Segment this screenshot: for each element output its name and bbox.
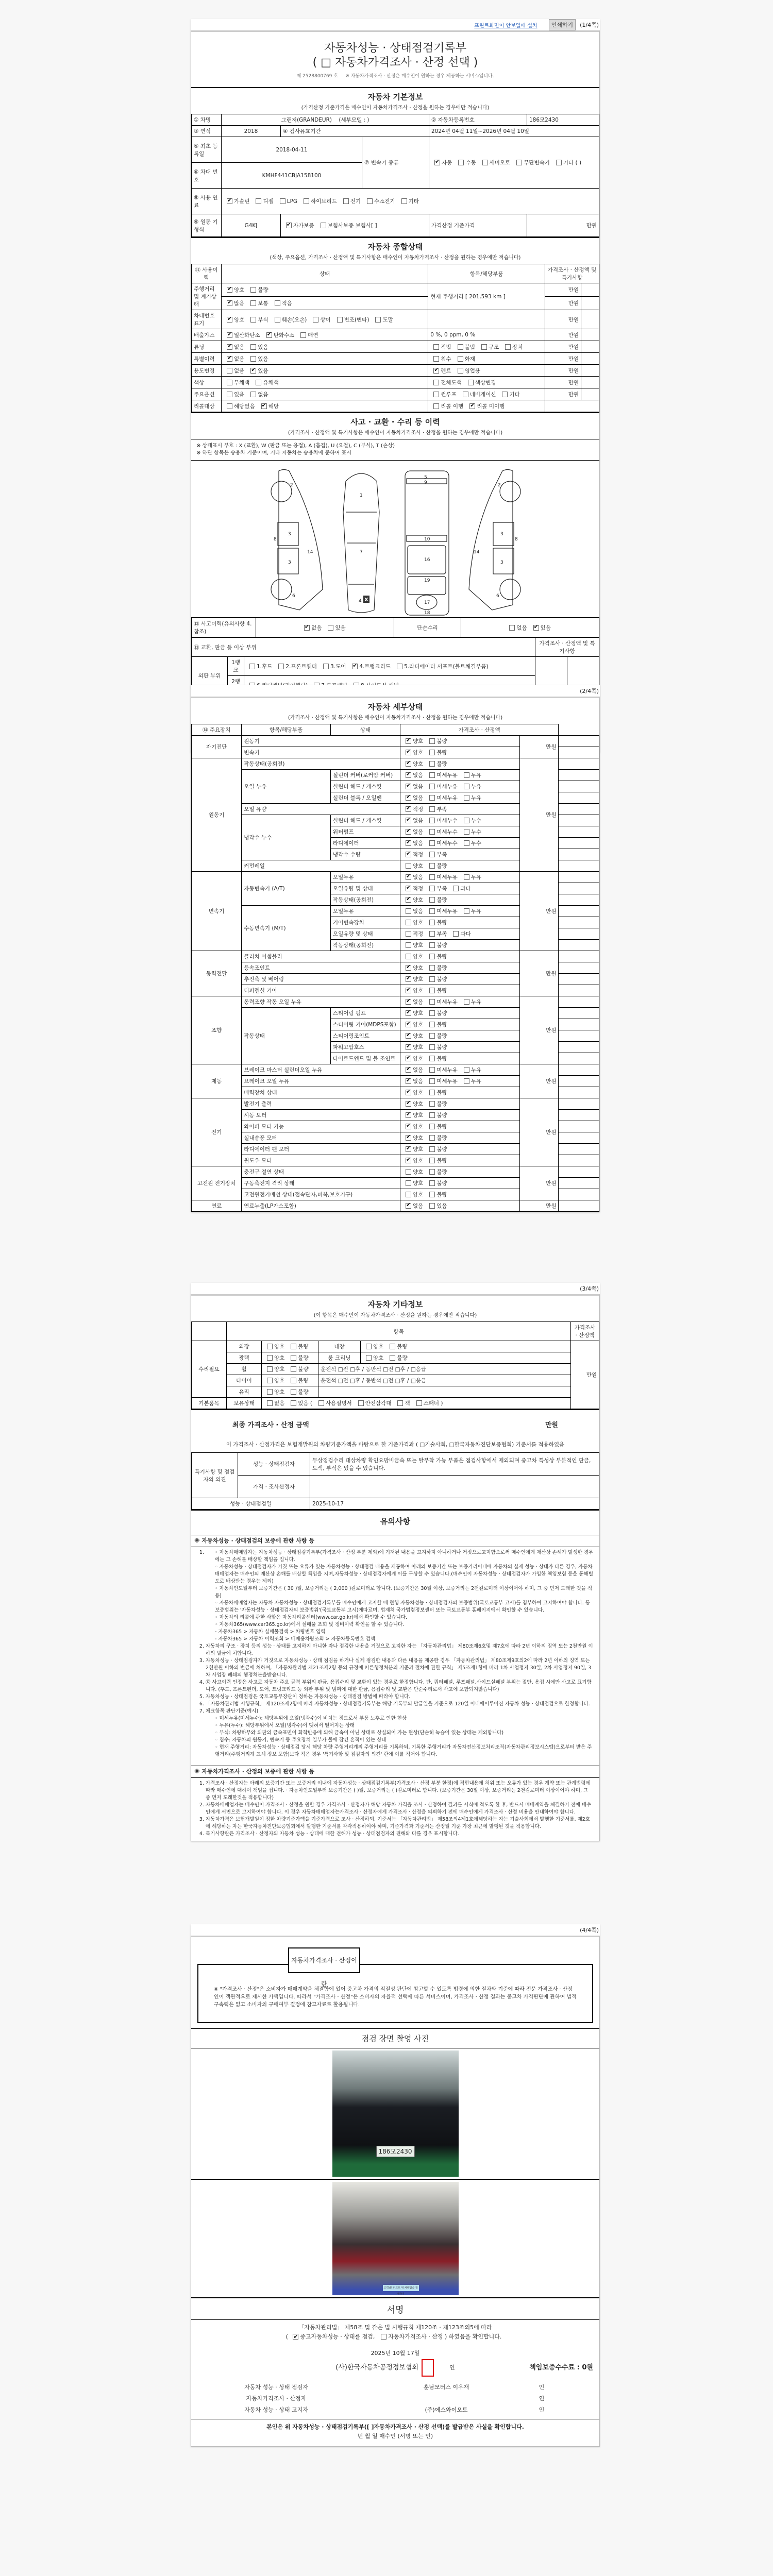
checkbox-label: 안전삼각대	[365, 1400, 392, 1406]
checkbox[interactable]	[429, 795, 435, 801]
checkbox[interactable]	[406, 908, 411, 914]
checkbox-label: 누수	[471, 818, 481, 824]
checkbox[interactable]	[429, 1124, 435, 1129]
checkbox[interactable]	[291, 1366, 296, 1372]
label-inspector-opinion: 성능 · 상태점검자	[238, 1453, 310, 1476]
checkbox-label: 없음	[413, 772, 423, 778]
note-bullet: 부식: 차량하부와 외판의 금속표면이 화학반응에 의해 금속이 아닌 상태로 …	[215, 1730, 594, 1737]
checkbox[interactable]	[406, 1180, 411, 1186]
checkbox[interactable]	[458, 160, 464, 165]
checkbox-label: 양호	[413, 920, 423, 926]
checkbox[interactable]	[453, 931, 459, 937]
submodel: (세부모델 : )	[339, 117, 369, 123]
checkbox[interactable]	[250, 317, 256, 323]
item-label: 룸 크리닝	[318, 1352, 361, 1364]
basic-info-title: 자동차 기본정보	[191, 87, 599, 103]
checkbox[interactable]	[227, 300, 232, 306]
checkbox[interactable]	[406, 1158, 411, 1163]
checkbox[interactable]	[406, 772, 411, 778]
checkbox-label: 누유	[471, 874, 481, 880]
table-row: 리콜대상해당없음해당리콜 이행리콜 미이행	[192, 400, 599, 412]
item-label: 오일 유량	[242, 804, 400, 815]
device-group: 고전원 전기장치	[192, 1166, 242, 1200]
checkbox[interactable]	[406, 1067, 411, 1073]
checkbox[interactable]	[429, 840, 435, 846]
checkbox[interactable]	[343, 198, 349, 204]
basic-items-label: 기본품목	[192, 1398, 227, 1409]
checkbox[interactable]	[397, 664, 402, 669]
checkbox[interactable]	[429, 1180, 435, 1186]
checkbox[interactable]	[406, 738, 411, 744]
checkbox-label: 전체도색	[441, 380, 462, 386]
checkbox[interactable]	[429, 750, 435, 755]
checkbox[interactable]	[429, 852, 435, 857]
checkbox[interactable]	[406, 1056, 411, 1061]
checkbox[interactable]	[286, 223, 292, 228]
row-label: 특별이력	[192, 353, 222, 365]
checkbox[interactable]	[261, 403, 267, 409]
print-button[interactable]: 인쇄하기	[549, 19, 576, 30]
checkbox-label: 양호	[413, 1010, 423, 1016]
checkbox[interactable]	[481, 344, 487, 350]
sub-item-label: 워터펌프	[330, 826, 400, 838]
checkbox[interactable]	[429, 1203, 435, 1209]
checkbox-label: 있음	[258, 368, 268, 374]
checkbox[interactable]	[227, 198, 232, 204]
checkbox[interactable]	[227, 332, 232, 338]
checkbox[interactable]	[291, 1344, 296, 1349]
checkbox[interactable]	[267, 1389, 273, 1395]
checkbox-label: 양호	[413, 1124, 423, 1130]
checkbox[interactable]	[227, 344, 232, 350]
checkbox[interactable]	[406, 1112, 411, 1118]
checkbox[interactable]	[406, 897, 411, 903]
checkbox[interactable]	[250, 356, 256, 362]
checkbox-label: 불량	[436, 897, 447, 903]
checkbox[interactable]	[533, 625, 539, 631]
checkbox[interactable]	[516, 160, 522, 165]
checkbox-label: 리콜 이행	[441, 403, 463, 410]
label-year: ③ 연식	[192, 126, 222, 137]
checkbox[interactable]	[469, 403, 475, 409]
checkbox[interactable]	[429, 772, 435, 778]
checkbox-label: 해당없음	[234, 403, 255, 410]
checkbox[interactable]	[429, 829, 435, 835]
checkbox[interactable]	[390, 1355, 395, 1361]
sub-item-label: 오일유량 및 상태	[330, 928, 400, 940]
checkbox[interactable]	[291, 1400, 296, 1406]
checkbox-label: 불량	[436, 750, 447, 756]
table-row: 연료연료누출(LP가스포함)없음있음만원	[192, 1200, 599, 1212]
item-label: 브레이크 오일 누유	[242, 1076, 400, 1087]
checkbox[interactable]	[366, 1344, 372, 1349]
checkbox-label: 없음	[413, 1067, 423, 1073]
checkbox-label: 불량	[397, 1344, 407, 1350]
checkbox[interactable]	[227, 403, 232, 409]
checkbox[interactable]	[429, 1169, 435, 1175]
checkbox[interactable]	[429, 784, 435, 789]
checkbox[interactable]	[429, 761, 435, 767]
checkbox-label: 양호	[413, 1090, 423, 1096]
checkbox[interactable]	[406, 750, 411, 755]
checkbox[interactable]	[429, 1135, 435, 1141]
checkbox-label: 미세누유	[436, 999, 458, 1005]
checkbox[interactable]	[429, 1010, 435, 1016]
notes-heading-inspection: ※ 자동차성능 · 상태점검의 보증에 관한 사항 등	[191, 1535, 599, 1547]
checkbox[interactable]	[429, 1112, 435, 1118]
checkbox[interactable]	[429, 874, 435, 880]
checkbox[interactable]	[429, 1101, 435, 1107]
checkbox[interactable]	[227, 356, 232, 362]
checkbox[interactable]	[275, 300, 280, 306]
checkbox[interactable]	[406, 1101, 411, 1107]
checkbox[interactable]	[406, 1169, 411, 1175]
checkbox-label: 장치	[512, 344, 523, 350]
checkbox[interactable]	[429, 886, 435, 891]
label-vin: ⑥ 차대 번호	[192, 163, 222, 189]
base-price-unit: 만원	[527, 214, 599, 237]
checkbox[interactable]	[390, 1344, 395, 1349]
checkbox[interactable]	[429, 897, 435, 903]
checkbox[interactable]	[434, 160, 440, 165]
sub-item-label: 스티어링조인트	[330, 1030, 400, 1042]
checkbox[interactable]	[406, 931, 411, 937]
checkbox[interactable]	[250, 392, 256, 397]
svg-text:7: 7	[360, 550, 363, 555]
column-header: 가격조사 · 산정액	[400, 724, 559, 736]
legend-note: ※ 하단 항목은 승용차 기준이며, 기타 자동차는 승용차에 준하여 표시	[196, 450, 594, 457]
note-bullet: 자동차매매업자는 자동차 자동차성능 · 상태점검기록부를 매수인에게 고지할 …	[215, 1600, 594, 1614]
checkbox-label: 양호	[274, 1366, 284, 1372]
column-header: 항목	[227, 1322, 571, 1341]
checkbox[interactable]	[250, 287, 256, 293]
item-label: 오일 누유	[242, 770, 331, 804]
checkbox[interactable]	[358, 1400, 364, 1406]
checkbox[interactable]	[267, 1344, 273, 1349]
checkbox[interactable]	[406, 1146, 411, 1152]
checkbox-label: 없음	[234, 356, 244, 362]
row-label: 배출가스	[192, 329, 222, 341]
checkbox[interactable]	[278, 664, 284, 669]
checkbox[interactable]	[227, 392, 232, 397]
checkbox[interactable]	[429, 1044, 435, 1050]
checkbox[interactable]	[406, 965, 411, 971]
checkbox[interactable]	[406, 795, 411, 801]
checkbox[interactable]	[406, 863, 411, 869]
checkbox[interactable]	[463, 392, 468, 397]
checkbox[interactable]	[429, 920, 435, 925]
checkbox-label: 자동차가격조사 · 산정 ) 하였음을 확인합니다.	[388, 2333, 501, 2340]
sub-item-label: 스티어링 기어(MDPS포함)	[330, 1019, 400, 1030]
checkbox[interactable]	[406, 1135, 411, 1141]
checkbox[interactable]	[429, 1078, 435, 1084]
checkbox[interactable]	[429, 976, 435, 982]
checkbox[interactable]	[300, 332, 306, 338]
checkbox-label: 적정	[413, 852, 423, 858]
checkbox[interactable]	[321, 223, 326, 228]
checkbox-label: 미세누유	[436, 795, 458, 801]
checkbox-label: 미세누수	[436, 840, 458, 846]
checkbox[interactable]	[313, 317, 318, 323]
checkbox[interactable]	[291, 1389, 296, 1395]
checkbox-label: 양호	[413, 863, 423, 869]
checkbox[interactable]	[464, 784, 469, 789]
item-label: 수동변속기 (M/T)	[242, 906, 331, 951]
checkbox-label: 불량	[436, 738, 447, 744]
checkbox[interactable]	[291, 1378, 296, 1383]
other-info-note: (이 항목은 매수인이 자동차가격조사 · 산정을 원하는 경우에만 적습니다)	[191, 1311, 599, 1321]
checkbox[interactable]	[433, 380, 439, 385]
checkbox-label: 상이	[320, 317, 330, 323]
checkbox[interactable]	[464, 874, 469, 880]
signer-list: 자동차 성능 · 상태 점검자훈남모터스 이우재인자동차가격조사 · 산정자인자…	[191, 2382, 599, 2416]
checkbox[interactable]	[406, 806, 411, 812]
checkbox[interactable]	[464, 1067, 469, 1073]
checkbox[interactable]	[381, 2334, 386, 2340]
checkbox-label: 누유	[471, 1078, 481, 1084]
checkbox[interactable]	[458, 344, 463, 350]
signer-role: 자동차 성능 · 상태 고지자	[191, 2405, 361, 2415]
checkbox[interactable]	[406, 1022, 411, 1027]
checkbox[interactable]	[464, 818, 469, 823]
checkbox-label: 양호	[413, 897, 423, 903]
checkbox-label: 불량	[298, 1366, 308, 1372]
checkbox[interactable]	[318, 1400, 324, 1406]
checkbox[interactable]	[433, 392, 439, 397]
checkbox[interactable]	[429, 931, 435, 937]
checkbox[interactable]	[406, 999, 411, 1005]
note-item: 「자동차관리법 시행규칙」 제120조제2항에 따라 자동차성능 · 상태점검기…	[206, 1701, 594, 1708]
checkbox[interactable]	[406, 1192, 411, 1197]
checkbox[interactable]	[406, 874, 411, 880]
page-toolbar: 프린트화면이 안보일때 설치 인쇄하기 (1/4쪽)	[191, 19, 600, 30]
checkbox[interactable]	[375, 317, 381, 323]
checkbox[interactable]	[429, 1022, 435, 1027]
checkbox[interactable]	[429, 954, 435, 959]
checkbox-label: 양호	[413, 954, 423, 960]
checkbox[interactable]	[429, 1146, 435, 1152]
checkbox[interactable]	[267, 1355, 273, 1361]
checkbox[interactable]	[304, 198, 309, 204]
checkbox[interactable]	[406, 1078, 411, 1084]
table-row: 제동브레이크 마스터 실린더오일 누유없음미세누유누유만원	[192, 1064, 599, 1076]
checkbox[interactable]	[406, 829, 411, 835]
checkbox-label: 침수	[441, 356, 451, 362]
checkbox[interactable]	[433, 403, 439, 409]
checkbox[interactable]	[250, 344, 256, 350]
checkbox[interactable]	[406, 920, 411, 925]
svg-text:3: 3	[500, 532, 503, 537]
item-label: 실내송풍 모터	[242, 1132, 400, 1144]
checkbox[interactable]	[458, 368, 463, 374]
checkbox[interactable]	[337, 317, 343, 323]
checkbox[interactable]	[429, 1192, 435, 1197]
checkbox[interactable]	[429, 738, 435, 744]
checkbox-label: 불량	[436, 1135, 447, 1141]
checkbox[interactable]	[367, 198, 373, 204]
checkbox[interactable]	[256, 380, 261, 385]
checkbox[interactable]	[505, 344, 511, 350]
checkbox[interactable]	[433, 368, 439, 374]
checkbox[interactable]	[406, 1090, 411, 1095]
svg-text:6: 6	[292, 594, 295, 599]
checkbox[interactable]	[429, 1067, 435, 1073]
checkbox[interactable]	[464, 840, 469, 846]
checkbox-label: 기타 ( )	[563, 160, 581, 166]
checkbox[interactable]	[406, 1033, 411, 1039]
checkbox[interactable]	[267, 1378, 273, 1383]
checkbox[interactable]	[280, 198, 285, 204]
checkbox[interactable]	[429, 1158, 435, 1163]
checkbox[interactable]	[429, 908, 435, 914]
checkbox-label: 누유	[471, 908, 481, 914]
checkbox-label: 기타	[409, 198, 419, 205]
checkbox[interactable]	[401, 198, 407, 204]
repair-needed-label: 수리필요	[192, 1341, 227, 1398]
checkbox[interactable]	[406, 976, 411, 982]
checkbox[interactable]	[502, 392, 508, 397]
checkbox[interactable]	[323, 664, 329, 669]
checkbox[interactable]	[406, 1124, 411, 1129]
note-bullet: 자동차인도일부터 보증기간은 ( 30 )일, 보증거리는 ( 2,000 )킬…	[215, 1585, 594, 1600]
checkbox[interactable]	[464, 829, 469, 835]
checkbox[interactable]	[464, 795, 469, 801]
checkbox[interactable]	[293, 2334, 298, 2340]
svg-text:10: 10	[424, 537, 430, 542]
checkbox-label: 불법	[465, 344, 475, 350]
checkbox-label: 미세누유	[436, 772, 458, 778]
checkbox[interactable]	[482, 160, 488, 165]
sub-item-label: 냉각수 수량	[330, 849, 400, 860]
label-inspection-validity: ④ 검사유효기간	[281, 126, 429, 137]
item-label: 시동 모터	[242, 1110, 400, 1121]
item-label: 배력장치 상태	[242, 1087, 400, 1098]
checkbox[interactable]	[416, 1400, 422, 1406]
sub-item-label: 실린더 커버(로커암 커버)	[330, 770, 400, 781]
page-2: (2/4쪽) 자동차 세부상태 (가격조사 · 산정액 및 특기사항은 매수인이…	[191, 685, 600, 1212]
checkbox[interactable]	[406, 942, 411, 948]
checkbox[interactable]	[328, 625, 333, 631]
checkbox[interactable]	[267, 1366, 273, 1372]
item-label: 내장	[318, 1341, 361, 1352]
checkbox[interactable]	[352, 664, 358, 669]
checkbox[interactable]	[429, 1056, 435, 1061]
checkbox-label: 양호	[413, 1146, 423, 1153]
checkbox[interactable]	[406, 761, 411, 767]
checkbox[interactable]	[433, 356, 439, 362]
label-opinion: 특기사항 및 점검자의 의견	[192, 1453, 238, 1498]
checkbox[interactable]	[266, 332, 272, 338]
checkbox[interactable]	[275, 317, 280, 323]
checkbox-label: 양호	[413, 988, 423, 994]
checkbox-label: 양호	[413, 1022, 423, 1028]
checkbox-label: 전기	[350, 198, 361, 205]
checkbox[interactable]	[397, 1400, 403, 1406]
car-name: 그랜저(GRANDEUR)	[281, 117, 332, 123]
checkbox[interactable]	[406, 784, 411, 789]
checkbox-label: 양호	[413, 942, 423, 948]
checkbox[interactable]	[304, 625, 310, 631]
checkbox[interactable]	[429, 999, 435, 1005]
checkbox[interactable]	[406, 1010, 411, 1016]
checkbox[interactable]	[429, 818, 435, 823]
checkbox[interactable]	[291, 1355, 296, 1361]
checkbox-label: 없음	[413, 1078, 423, 1084]
checkbox[interactable]	[227, 287, 232, 293]
checkbox-label: 불량	[436, 863, 447, 869]
checkbox[interactable]	[464, 1078, 469, 1084]
checkbox[interactable]	[464, 772, 469, 778]
label-fuel: ⑧ 사용 연료	[192, 189, 222, 214]
checkbox[interactable]	[406, 988, 411, 993]
checkbox[interactable]	[406, 954, 411, 959]
checkbox[interactable]	[267, 1400, 273, 1406]
checkbox[interactable]	[227, 368, 232, 374]
checkbox[interactable]	[429, 942, 435, 948]
checkbox[interactable]	[406, 852, 411, 857]
checkbox[interactable]	[256, 198, 261, 204]
sub-item-label: 오일누유	[330, 872, 400, 883]
part-4-label: 4	[359, 599, 362, 604]
checkbox[interactable]	[429, 1090, 435, 1095]
checkbox[interactable]	[429, 988, 435, 993]
checkbox[interactable]	[406, 840, 411, 846]
checkbox[interactable]	[453, 886, 459, 891]
checkbox[interactable]	[433, 344, 439, 350]
checkbox[interactable]	[227, 317, 232, 323]
checkbox[interactable]	[249, 664, 255, 669]
checkbox[interactable]	[509, 625, 515, 631]
checkbox[interactable]	[556, 160, 562, 165]
checkbox[interactable]	[429, 863, 435, 869]
label-transmission: ⑦ 변속기 종류	[362, 137, 429, 189]
checkbox[interactable]	[429, 806, 435, 812]
sub-item-label: 실린더 헤드 / 개스킷	[330, 815, 400, 826]
table-row: 주요옵션있음없음썬루프네비게이션기타만원	[192, 388, 599, 400]
checkbox-label: 있음	[436, 1203, 447, 1209]
device-group: 전기	[192, 1098, 242, 1166]
checkbox[interactable]	[429, 1033, 435, 1039]
device-group: 동력전달	[192, 951, 242, 996]
label-simple-repair: 단순수리	[394, 618, 461, 637]
checkbox[interactable]	[366, 1355, 372, 1361]
checkbox-label: 스패너 )	[424, 1400, 443, 1406]
checkbox-label: 도말	[382, 317, 393, 323]
print-help-link[interactable]: 프린트화면이 안보일때 설치	[474, 21, 537, 29]
checkbox-label: 적정	[413, 886, 423, 892]
vehicle-diagram: 2338146 17 591016191718 2338146 4 X	[191, 461, 599, 618]
checkbox[interactable]	[429, 965, 435, 971]
checkbox-label: 세미오토	[490, 160, 511, 166]
checkbox[interactable]	[406, 818, 411, 823]
checkbox[interactable]	[406, 1203, 411, 1209]
checkbox[interactable]	[468, 380, 474, 385]
checkbox-label: 구조	[489, 344, 499, 350]
checkbox[interactable]	[458, 356, 463, 362]
checkbox[interactable]	[227, 380, 232, 385]
checkbox-label: 화재	[465, 356, 475, 362]
law-reference: 「자동차관리법」 제58조 및 같은 법 시행규칙 제120조 · 제123조의…	[191, 2323, 599, 2332]
checkbox[interactable]	[250, 368, 256, 374]
checkbox[interactable]	[464, 908, 469, 914]
checkbox-label: 불량	[436, 761, 447, 767]
checkbox[interactable]	[250, 300, 256, 306]
checkbox[interactable]	[406, 886, 411, 891]
checkbox[interactable]	[406, 1044, 411, 1050]
checkbox[interactable]	[464, 999, 469, 1005]
svg-text:3: 3	[288, 560, 291, 565]
price-header: 가격조사 · 산정액 및 특기사항	[535, 638, 599, 657]
